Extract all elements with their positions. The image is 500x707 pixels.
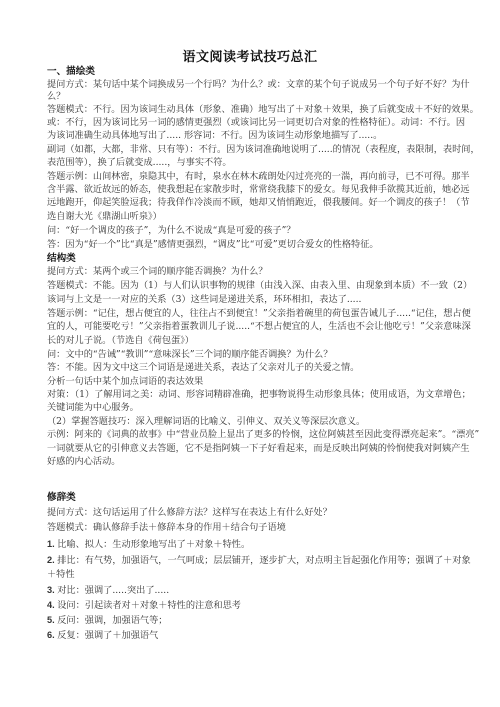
line-text: 分析一句话中某个加点词语的表达效果 — [47, 376, 203, 387]
list-number: 6. — [47, 630, 57, 640]
list-number: 2. — [47, 555, 57, 565]
text-line: 远地跑开，仰起笑脸逗我；待我佯作冷淡而不顾，她却又悄悄跑近，偎我腰间。好一个调皮… — [47, 197, 470, 209]
text-line: 宜的人，可能要吃亏！”父亲指着蛋教训儿子说.....“不想占便宜的人，生活也不会… — [47, 321, 471, 333]
line-text: 该词与上文是一一对应的关系（3）这些词是递进关系，环环相扣，表达了..... — [47, 294, 361, 305]
text-line: 长的对儿子说。（节选自《荷包蛋》） — [47, 335, 194, 347]
line-text: 答题模式：不能。因为（1）与人们认识事物的规律（由浅入深、由表入里、由现象到本质… — [47, 280, 472, 291]
line-text: 么？ — [47, 91, 65, 102]
text-line: 对策：（1）了解用词之美：动词、形容词精辟准确，把事物说得生动形象具体；使用成语… — [47, 389, 471, 401]
text-line: 提问方式：这句话运用了什么修辞方法？这样写在表达上有什么好处？ — [47, 507, 332, 519]
line-text: 对策：（1）了解用词之美：动词、形容词精辟准确，把事物说得生动形象具体；使用成语… — [47, 389, 471, 400]
text-line: 表范围等），换了后就变成.....，与事实不符。 — [47, 157, 232, 169]
text-line: 一词就要从它的引伸意义去答题，它不是指阿姨一下子好看起来，而是反映出阿姨的怜悯使… — [47, 443, 470, 455]
list-item: 3. 对比：强调了.....突出了..... — [47, 584, 169, 597]
list-number: 5. — [47, 615, 57, 625]
document-page: 语文阅读考试技巧总汇 一、描绘类提问方式：某句话中某个词换成另一个行吗？为什么？… — [0, 0, 500, 707]
text-line: 提问方式：某句话中某个词换成另一个行吗？为什么？或：文章的某个句子说成另一个句子… — [47, 79, 470, 91]
line-text: 提问方式：某两个或三个词的顺序能否调换？为什么？ — [47, 266, 268, 277]
text-line: 答题模式：确认修辞手法＋修辞本身的作用＋结合句子语境 — [47, 522, 286, 534]
text-line: 该词与上文是一一对应的关系（3）这些词是递进关系，环环相扣，表达了..... — [47, 294, 361, 306]
text-line: 或：不行，因为该词比另一词的感情更强烈（或该词比另一词更切合对象的性格特征）。动… — [47, 117, 465, 129]
section-heading: 结构类 — [47, 253, 76, 265]
text-line: 答题模式：不行。因为该词生动具体（形象、准确）地写出了＋对象＋效果，换了后就变成… — [47, 104, 479, 116]
text-line: 选自谢大光《鼎湖山听泉》） — [47, 211, 162, 223]
text-line: 含半露、欲近故远的娇态，使我想起在家散步时，常常绕我膝下的爱女。每见我伸手欲揽其… — [47, 184, 470, 196]
list-item: 1. 比喻、拟人：生动形象地写出了＋对象＋特性。 — [47, 538, 250, 551]
line-text: 答题示例：“记住，想占便宜的人，往往占不到便宜！”父亲指着碗里的荷包蛋告诫儿子.… — [47, 308, 471, 319]
line-text: ＋特性 — [47, 569, 75, 580]
line-text: 选自谢大光《鼎湖山听泉》） — [47, 211, 162, 222]
line-text: 问：“好一个调皮的孩子”，为什么不说成“真是可爱的孩子”？ — [47, 225, 295, 236]
line-text: 副词（如都，大都，非常、只有等）：不行。因为该词准确地说明了.....的情况（表… — [47, 144, 480, 155]
text-line: 么？ — [47, 91, 65, 103]
text-line: 答题示例：山间林密，泉隐其中，有时，泉水在林木疏朗处闪过亮亮的一湍，再向前寻，已… — [47, 171, 470, 183]
line-text: 一词就要从它的引伸意义去答题，它不是指阿姨一下子好看起来，而是反映出阿姨的怜悯使… — [47, 443, 470, 454]
line-text: （2）掌握答题技巧：深入理解词语的比喻义、引伸义、双关义等深层次意义。 — [47, 416, 365, 427]
line-text: 一、描绘类 — [47, 66, 95, 77]
text-line: 分析一句话中某个加点词语的表达效果 — [47, 376, 203, 388]
line-text: 或：不行，因为该词比另一词的感情更强烈（或该词比另一词更切合对象的性格特征）。动… — [47, 117, 465, 128]
line-text: 远地跑开，仰起笑脸逗我；待我佯作冷淡而不顾，她却又悄悄跑近，偎我腰间。好一个调皮… — [47, 197, 470, 208]
line-text: 提问方式：这句话运用了什么修辞方法？这样写在表达上有什么好处？ — [47, 507, 332, 518]
line-text: 表范围等），换了后就变成.....，与事实不符。 — [47, 157, 232, 168]
page-title: 语文阅读考试技巧总汇 — [0, 46, 500, 65]
text-line: 为该词准确生动具体地写出了..... 形容词：不行。因为该词生动形象地描写了..… — [47, 130, 382, 142]
text-line: 提问方式：某两个或三个词的顺序能否调换？为什么？ — [47, 266, 268, 278]
list-item: 2. 排比：有气势，加强语气，一气呵成；层层铺开，逐步扩大，对点明主旨起强化作用… — [47, 554, 471, 567]
line-text: 对比：强调了.....突出了..... — [57, 585, 169, 596]
text-line: 关键词能为中心服务。 — [47, 402, 139, 414]
list-number: 4. — [47, 600, 57, 610]
line-text: 比喻、拟人：生动形象地写出了＋对象＋特性。 — [57, 539, 250, 550]
text-line: 好感的内心活动。 — [47, 456, 121, 468]
line-text: 好感的内心活动。 — [47, 456, 121, 467]
section-heading: 修辞类 — [47, 492, 76, 504]
line-text: 答题模式：确认修辞手法＋修辞本身的作用＋结合句子语境 — [47, 522, 286, 533]
line-text: 修辞类 — [47, 492, 76, 503]
text-line: （2）掌握答题技巧：深入理解词语的比喻义、引伸义、双关义等深层次意义。 — [47, 416, 365, 428]
text-line: 问：“好一个调皮的孩子”，为什么不说成“真是可爱的孩子”？ — [47, 225, 295, 237]
line-text: 结构类 — [47, 253, 76, 264]
text-line: 答题示例：“记住，想占便宜的人，往往占不到便宜！”父亲指着碗里的荷包蛋告诫儿子.… — [47, 308, 471, 320]
line-text: 答题示例：山间林密，泉隐其中，有时，泉水在林木疏朗处闪过亮亮的一湍，再向前寻，已… — [47, 171, 470, 182]
line-text: 答：因为“好一个”比“真是”感情更强烈，“调皮”比“可爱”更切合爱女的性格特征。 — [47, 239, 379, 250]
list-number: 1. — [47, 539, 57, 549]
section-heading: 一、描绘类 — [47, 66, 95, 78]
list-item: 5. 反问：强调，加强语气等； — [47, 614, 167, 627]
list-item: 6. 反复：强调了＋加强语气 — [47, 629, 158, 642]
line-text: 答：不能。因为文中这三个词语是递进关系，表达了父亲对儿子的关爱之情。 — [47, 362, 359, 373]
line-text: 问：文中的“告诫”“教训”“意味深长”三个词的顺序能否调换？为什么？ — [47, 349, 332, 360]
line-text: 反问：强调，加强语气等； — [57, 615, 167, 626]
list-number: 3. — [47, 585, 57, 595]
text-line: 答题模式：不能。因为（1）与人们认识事物的规律（由浅入深、由表入里、由现象到本质… — [47, 280, 472, 292]
text-line: ＋特性 — [47, 569, 75, 581]
line-text: 排比：有气势，加强语气，一气呵成；层层铺开，逐步扩大，对点明主旨起强化作用等；强… — [57, 555, 470, 566]
line-text: 反复：强调了＋加强语气 — [57, 630, 158, 641]
text-line: 答：不能。因为文中这三个词语是递进关系，表达了父亲对儿子的关爱之情。 — [47, 362, 359, 374]
line-text: 含半露、欲近故远的娇态，使我想起在家散步时，常常绕我膝下的爱女。每见我伸手欲揽其… — [47, 184, 470, 195]
line-text: 宜的人，可能要吃亏！”父亲指着蛋教训儿子说.....“不想占便宜的人，生活也不会… — [47, 321, 471, 332]
text-line: 答：因为“好一个”比“真是”感情更强烈，“调皮”比“可爱”更切合爱女的性格特征。 — [47, 239, 379, 251]
text-line: 问：文中的“告诫”“教训”“意味深长”三个词的顺序能否调换？为什么？ — [47, 349, 332, 361]
line-text: 长的对儿子说。（节选自《荷包蛋》） — [47, 335, 194, 346]
line-text: 设问：引起读者对＋对象＋特性的注意和思考 — [57, 600, 241, 611]
line-text: 示例：阿来的《词典的故事》中“营业员脸上显出了更多的怜悯，这位阿姨甚至因此变得漂… — [47, 429, 479, 440]
text-line: 示例：阿来的《词典的故事》中“营业员脸上显出了更多的怜悯，这位阿姨甚至因此变得漂… — [47, 429, 479, 441]
line-text: 为该词准确生动具体地写出了..... 形容词：不行。因为该词生动形象地描写了..… — [47, 130, 382, 141]
text-line: 副词（如都，大都，非常、只有等）：不行。因为该词准确地说明了.....的情况（表… — [47, 144, 480, 156]
list-item: 4. 设问：引起读者对＋对象＋特性的注意和思考 — [47, 599, 241, 612]
line-text: 答题模式：不行。因为该词生动具体（形象、准确）地写出了＋对象＋效果，换了后就变成… — [47, 104, 479, 115]
line-text: 提问方式：某句话中某个词换成另一个行吗？为什么？或：文章的某个句子说成另一个句子… — [47, 79, 470, 90]
line-text: 关键词能为中心服务。 — [47, 402, 139, 413]
